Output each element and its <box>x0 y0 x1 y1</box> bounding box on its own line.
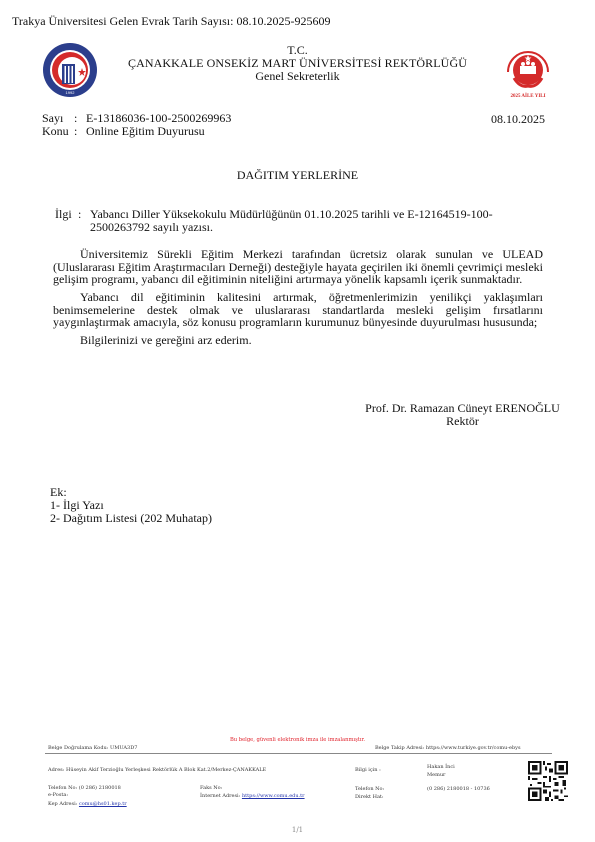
konu-value: Online Eğitim Duyurusu <box>86 124 205 138</box>
info-name: Hakan İnci <box>427 764 455 770</box>
page-number: 1/1 <box>0 826 595 834</box>
document-date: 08.10.2025 <box>491 112 545 127</box>
footer-email-label: e-Posta: <box>48 792 68 798</box>
konu-label: Konu <box>42 125 74 138</box>
body-paragraph-2: Yabancı dil eğitiminin kalitesini artırm… <box>53 291 543 329</box>
signature-block: Prof. Dr. Ramazan Cüneyt ERENOĞLU Rektör <box>330 402 595 428</box>
sayi-value: E-13186036-100-2500269963 <box>86 111 231 125</box>
tracking-address[interactable]: Belge Takip Adresi: https://www.turkiye.… <box>375 745 521 751</box>
info-phone-label: Telefon No: <box>355 786 384 792</box>
ilgi-text: Yabancı Diller Yüksekokulu Müdürlüğünün … <box>90 208 530 234</box>
incoming-document-stamp: Trakya Üniversitesi Gelen Evrak Tarih Sa… <box>12 14 330 29</box>
attachment-item: 2- Dağıtım Listesi (202 Muhatap) <box>50 512 212 525</box>
footer-fax-label: Faks No: <box>200 785 222 791</box>
footer-kep: Kep Adresi: comu@hs01.kep.tr <box>48 801 127 807</box>
footer-address: Adres: Hüseyin Akif Terzioğlu Yerleşkesi… <box>48 767 266 773</box>
svg-text:1992: 1992 <box>66 90 76 95</box>
direct-line-label: Direkt Hat: <box>355 794 384 800</box>
footer-divider <box>45 753 552 754</box>
kep-label: Kep Adresi: <box>48 801 77 807</box>
body-paragraph-3: Bilgilerinizi ve gereğini arz ederim. <box>53 334 543 347</box>
verification-code: Belge Doğrulama Kodu: UMUA3D7 <box>48 745 137 751</box>
ilgi-colon: : <box>78 208 81 221</box>
recipient-heading: DAĞITIM YERLERİNE <box>0 168 595 183</box>
info-label: Bilgi için : <box>355 767 381 773</box>
attachments-block: Ek: 1- İlgi Yazı 2- Dağıtım Listesi (202… <box>50 486 212 525</box>
kep-link[interactable]: comu@hs01.kep.tr <box>79 801 127 807</box>
footer-web: İnternet Adresi: https://www.comu.edu.tr <box>200 793 305 799</box>
svg-text:2025 AİLE YILI: 2025 AİLE YILI <box>510 93 545 99</box>
web-link[interactable]: https://www.comu.edu.tr <box>242 793 305 799</box>
info-phone-value: (0 286) 2180018 - 10736 <box>427 786 490 792</box>
ilgi-label: İlgi <box>55 208 72 221</box>
konu-row: Konu:Online Eğitim Duyurusu <box>42 125 205 138</box>
konu-colon: : <box>74 125 86 138</box>
info-role: Memur <box>427 772 445 778</box>
footer-phone: Telefon No: (0 286) 2180018 <box>48 785 121 791</box>
aile-yili-logo-icon: 2025 AİLE YILI <box>500 44 556 100</box>
qr-code-icon[interactable] <box>528 761 568 801</box>
esign-note: Bu belge, güvenli elektronik imza ile im… <box>0 737 595 743</box>
signatory-title: Rektör <box>330 415 595 428</box>
body-paragraph-1: Üniversitemiz Sürekli Eğitim Merkezi tar… <box>53 248 543 286</box>
web-label: İnternet Adresi: <box>200 793 240 799</box>
